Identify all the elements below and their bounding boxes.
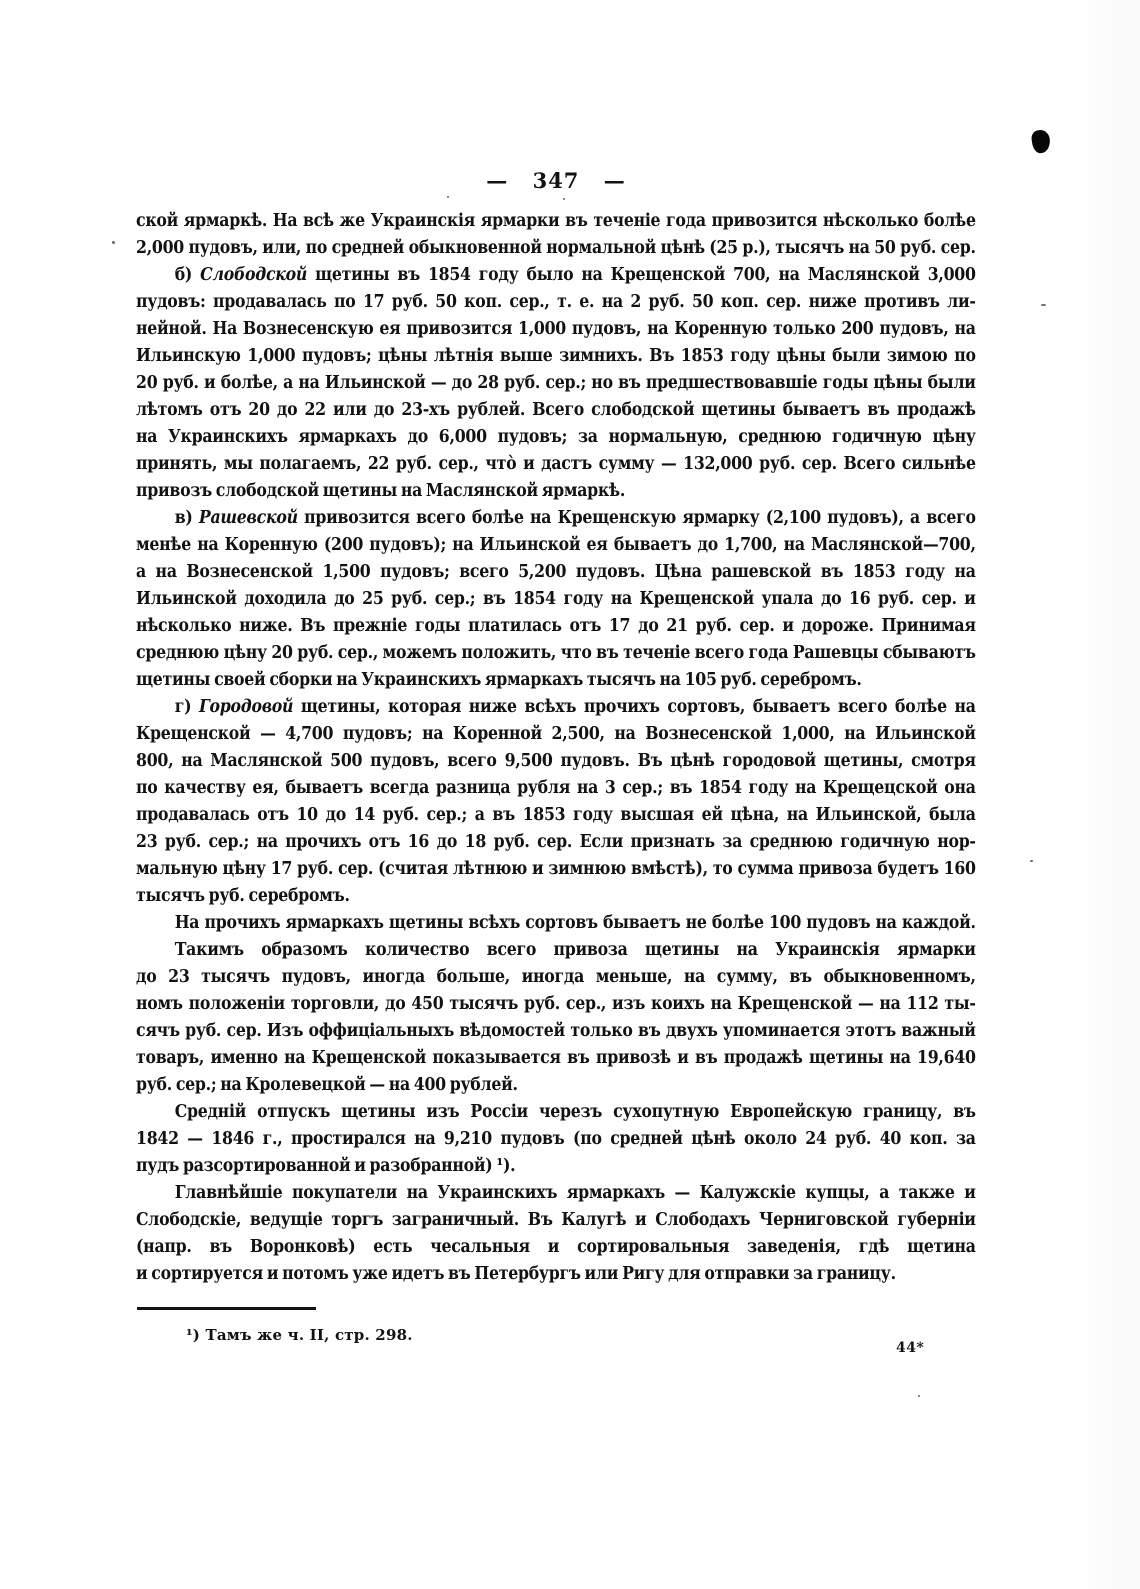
speck — [1041, 304, 1046, 306]
speck — [112, 241, 115, 244]
speck — [918, 1395, 920, 1397]
text-segment: 2,000 пудовъ, или, по средней обыкновенн… — [136, 238, 976, 258]
text-line: щетины своей сборки на Украинскихъ ярмар… — [136, 667, 976, 694]
text-segment: сячъ руб. сер. Изъ оффиціальныхъ вѣдомос… — [136, 1021, 976, 1041]
text-segment: на Украинскихъ ярмаркахъ до 6,000 пудовъ… — [136, 427, 976, 451]
text-line: Главнѣйшіе покупатели на Украинскихъ ярм… — [136, 1180, 976, 1207]
ink-blot — [1030, 129, 1051, 154]
footnote: ¹) Тамъ же ч. II, стр. 298. — [186, 1326, 413, 1344]
text-line: 20 руб. и болѣе, а на Ильинской — до 28 … — [136, 370, 976, 397]
scan-edge-shade — [1070, 0, 1140, 1589]
text-segment: среднюю цѣну 20 руб. сер., можемъ положи… — [136, 643, 976, 663]
text-segment: тысячъ руб. серебромъ. — [136, 886, 350, 906]
speck — [563, 198, 565, 200]
text-line: 23 руб. сер.; на прочихъ отъ 16 до 18 ру… — [136, 829, 976, 856]
text-segment: привозится всего болѣе на Крещенскую ярм… — [298, 508, 976, 528]
text-segment: Главнѣйшіе покупатели на Украинскихъ ярм… — [175, 1183, 976, 1203]
text-segment: (напр. въ Воронковѣ) есть чесальныя и со… — [136, 1237, 976, 1261]
text-line: Ильинской доходила до 25 руб. сер.; въ 1… — [136, 586, 976, 613]
text-segment: На прочихъ ярмаркахъ щетины всѣхъ сортов… — [175, 913, 976, 933]
text-segment: б) — [175, 265, 200, 285]
text-line: Ильинскую 1,000 пудовъ; цѣны лѣтнія выше… — [136, 343, 976, 370]
text-line: принять, мы полагаемъ, 22 руб. сер., что… — [136, 451, 976, 478]
text-line: (напр. въ Воронковѣ) есть чесальныя и со… — [136, 1234, 976, 1261]
text-line: менѣе на Коренную (200 пудовъ); на Ильин… — [136, 532, 976, 559]
text-segment: и сортируется и потомъ уже идетъ въ Пете… — [136, 1264, 896, 1284]
text-segment: менѣе на Коренную (200 пудовъ); на Ильин… — [136, 535, 976, 555]
text-segment: принять, мы полагаемъ, 22 руб. сер., что… — [136, 454, 976, 474]
text-segment: пудъ разсортированной и разобранной) ¹). — [136, 1156, 515, 1176]
text-line: по качеству ея, бываетъ всегда разница р… — [136, 775, 976, 802]
scanned-book-page: — 347 — ской ярмаркѣ. На всѣ же Украинск… — [0, 0, 1140, 1589]
text-segment: 800, на Маслянской 500 пудовъ, всего 9,5… — [136, 751, 976, 771]
text-line: нейной. На Вознесенскую ея привозится 1,… — [136, 316, 976, 343]
text-segment: г) — [175, 697, 199, 717]
text-segment: 1842 — 1846 г., простирался на 9,210 пуд… — [136, 1129, 976, 1149]
text-line: Средній отпускъ щетины изъ Россіи черезъ… — [136, 1099, 976, 1126]
text-segment: Ильинскую 1,000 пудовъ; цѣны лѣтнія выше… — [136, 346, 976, 366]
body-text: ской ярмаркѣ. На всѣ же Украинскія ярмар… — [136, 208, 976, 1288]
text-segment: нѣсколько ниже. Въ прежніе годы платилас… — [136, 616, 976, 636]
text-segment: товаръ, именно на Крещенской показываетс… — [136, 1048, 976, 1068]
text-segment: 23 руб. сер.; на прочихъ отъ 16 до 18 ру… — [136, 832, 976, 852]
text-line: Такимъ образомъ количество всего привоза… — [136, 937, 976, 964]
text-segment: номъ положеніи торговли, до 450 тысячъ р… — [136, 994, 976, 1014]
text-line: ской ярмаркѣ. На всѣ же Украинскія ярмар… — [136, 208, 976, 235]
text-line: продавалась отъ 10 до 14 руб. сер.; а въ… — [136, 802, 976, 829]
sort-name-italic: Слободской — [200, 265, 307, 285]
text-segment: 20 руб. и болѣе, а на Ильинской — до 28 … — [136, 373, 976, 393]
signature-mark: 44* — [896, 1340, 924, 1356]
text-segment: руб. сер.; на Кролевецкой — на 400 рубле… — [136, 1075, 518, 1095]
text-segment: в) — [175, 508, 199, 528]
text-line: Крещенской — 4,700 пудовъ; на Коренной 2… — [136, 721, 976, 748]
text-line: пудовъ: продавалась по 17 руб. 50 коп. с… — [136, 289, 976, 316]
text-segment: щетины, которая ниже всѣхъ прочихъ сорто… — [293, 697, 976, 717]
text-line: пудъ разсортированной и разобранной) ¹). — [136, 1153, 976, 1180]
speck — [447, 196, 449, 198]
text-line: Слободскіе, ведущіе торгъ заграничный. В… — [136, 1207, 976, 1234]
text-segment: а на Вознесенской 1,500 пудовъ; всего 5,… — [136, 562, 976, 582]
text-line: 2,000 пудовъ, или, по средней обыкновенн… — [136, 235, 976, 262]
footnote-rule — [137, 1307, 316, 1310]
text-line: 1842 — 1846 г., простирался на 9,210 пуд… — [136, 1126, 976, 1153]
text-line: на Украинскихъ ярмаркахъ до 6,000 пудовъ… — [136, 424, 976, 451]
text-line: нѣсколько ниже. Въ прежніе годы платилас… — [136, 613, 976, 640]
text-segment: Ильинской доходила до 25 руб. сер.; въ 1… — [136, 589, 976, 609]
text-segment: щетины своей сборки на Украинскихъ ярмар… — [136, 670, 862, 690]
text-segment: нейной. На Вознесенскую ея привозится 1,… — [136, 319, 976, 339]
text-segment: Слободскіе, ведущіе торгъ заграничный. В… — [136, 1210, 976, 1230]
text-line: в) Рашевской привозится всего болѣе на К… — [136, 505, 976, 532]
text-line: сячъ руб. сер. Изъ оффиціальныхъ вѣдомос… — [136, 1018, 976, 1045]
text-segment: Такимъ образомъ количество всего привоза… — [136, 940, 976, 964]
text-segment: щетины въ 1854 году было на Крещенской 7… — [307, 265, 976, 285]
text-segment: Крещенской — 4,700 пудовъ; на Коренной 2… — [136, 724, 976, 744]
speck — [1030, 860, 1033, 862]
text-line: г) Городовой щетины, которая ниже всѣхъ … — [136, 694, 976, 721]
text-line: номъ положеніи торговли, до 450 тысячъ р… — [136, 991, 976, 1018]
text-line: привозъ слободской щетины на Маслянской … — [136, 478, 976, 505]
text-segment: ской ярмаркѣ. На всѣ же Украинскія ярмар… — [136, 211, 976, 231]
text-line: лѣтомъ отъ 20 до 22 или до 23-хъ рублей.… — [136, 397, 976, 424]
text-line: 800, на Маслянской 500 пудовъ, всего 9,5… — [136, 748, 976, 775]
text-segment: привозъ слободской щетины на Маслянской … — [136, 481, 625, 501]
text-segment: мальную цѣну 17 руб. сер. (считая лѣтнюю… — [136, 859, 976, 879]
text-line: руб. сер.; на Кролевецкой — на 400 рубле… — [136, 1072, 976, 1099]
text-line: а на Вознесенской 1,500 пудовъ; всего 5,… — [136, 559, 976, 586]
text-segment: пудовъ: продавалась по 17 руб. 50 коп. с… — [136, 292, 976, 312]
text-segment: по качеству ея, бываетъ всегда разница р… — [136, 778, 976, 798]
text-line: среднюю цѣну 20 руб. сер., можемъ положи… — [136, 640, 976, 667]
page-number: — 347 — — [136, 168, 976, 193]
sort-name-italic: Рашевской — [199, 508, 298, 528]
text-segment: Средній отпускъ щетины изъ Россіи черезъ… — [136, 1102, 976, 1126]
text-segment: продавалась отъ 10 до 14 руб. сер.; а въ… — [136, 805, 976, 825]
text-line: На прочихъ ярмаркахъ щетины всѣхъ сортов… — [136, 910, 976, 937]
text-line: мальную цѣну 17 руб. сер. (считая лѣтнюю… — [136, 856, 976, 883]
text-line: до 23 тысячъ пудовъ, иногда больше, иног… — [136, 964, 976, 991]
text-segment: лѣтомъ отъ 20 до 22 или до 23-хъ рублей.… — [136, 400, 976, 420]
sort-name-italic: Городовой — [199, 697, 293, 717]
text-line: товаръ, именно на Крещенской показываетс… — [136, 1045, 976, 1072]
text-segment: до 23 тысячъ пудовъ, иногда больше, иног… — [136, 967, 976, 991]
text-line: тысячъ руб. серебромъ. — [136, 883, 976, 910]
text-line: б) Слободской щетины въ 1854 году было н… — [136, 262, 976, 289]
text-line: и сортируется и потомъ уже идетъ въ Пете… — [136, 1261, 976, 1288]
